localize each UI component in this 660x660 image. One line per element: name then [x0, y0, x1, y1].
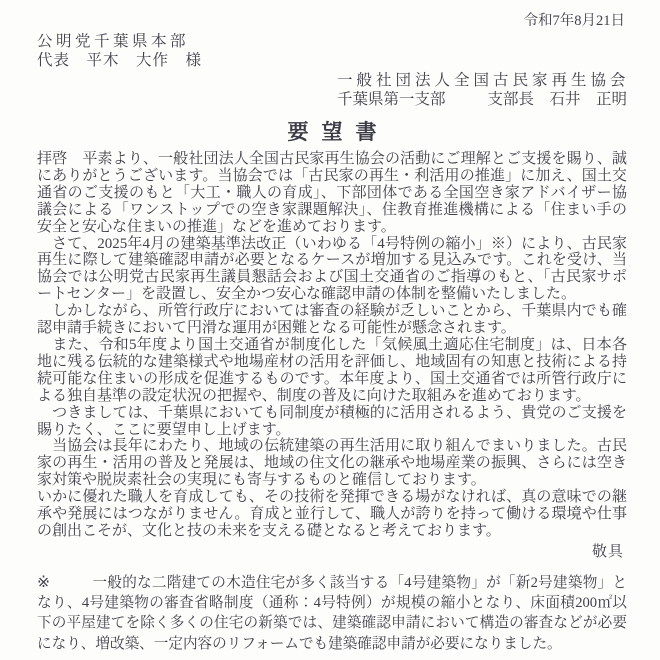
sender-signer: 支部長 石井 正明 — [487, 91, 627, 110]
recipient-org: 公明党千葉県本部 — [37, 33, 627, 52]
paragraph-law-revision: さて、2025年4月の建築基準法改正（いわゆる「4号特例の縮小」※）により、古民… — [37, 236, 627, 304]
document-page: 令和7年8月21日 公明党千葉県本部 代表 平木 大作 様 一般社団法人全国古民… — [0, 0, 660, 660]
sender-org: 一般社団法人全国古民家再生協会 — [337, 72, 627, 91]
recipient-person: 代表 平木 大作 様 — [37, 52, 627, 71]
paragraph-association-history: 当協会は長年にわたり、地域の伝統建築の再生活用に取り組んでまいりました。古民家の… — [37, 438, 627, 489]
footnote-marker: ※ — [37, 574, 50, 591]
footnote-text: 一般的な二階建ての木造住宅が多く該当する「4号建築物」が「新2号建築物」となり、… — [37, 575, 627, 652]
sender-block: 一般社団法人全国古民家再生協会 千葉県第一支部 支部長 石井 正明 — [337, 72, 627, 109]
recipient-block: 公明党千葉県本部 代表 平木 大作 様 — [37, 33, 627, 70]
letter-body: 拝啓 平素より、一般社団法人全国古民家再生協会の活動にご理解とご支援を賜り、誠に… — [37, 151, 627, 540]
document-title: 要望書 — [37, 119, 627, 146]
footnote: ※一般的な二階建ての木造住宅が多く該当する「4号建築物」が「新2号建築物」となり… — [37, 573, 627, 654]
paragraph-craftsmen: いかに優れた職人を育成しても、その技術を発揮できる場がなければ、真の意味での継承… — [37, 489, 627, 540]
sender-branch-row: 千葉県第一支部 支部長 石井 正明 — [337, 91, 627, 110]
paragraph-climate-housing: また、令和5年度より国土交通省が制度化した「気候風土適応住宅制度」は、日本各地に… — [37, 337, 627, 405]
sender-branch: 千葉県第一支部 — [337, 91, 446, 110]
paragraph-request: つきましては、千葉県においても同制度が積極的に活用されるよう、貴党のご支援を賜り… — [37, 405, 627, 439]
paragraph-concern: しかしながら、所管行政庁においては審査の経験が乏しいことから、千葉県内でも確認申… — [37, 303, 627, 337]
closing-word: 敬具 — [37, 543, 627, 561]
paragraph-greeting: 拝啓 平素より、一般社団法人全国古民家再生協会の活動にご理解とご支援を賜り、誠に… — [37, 151, 627, 236]
date-line: 令和7年8月21日 — [37, 12, 627, 30]
